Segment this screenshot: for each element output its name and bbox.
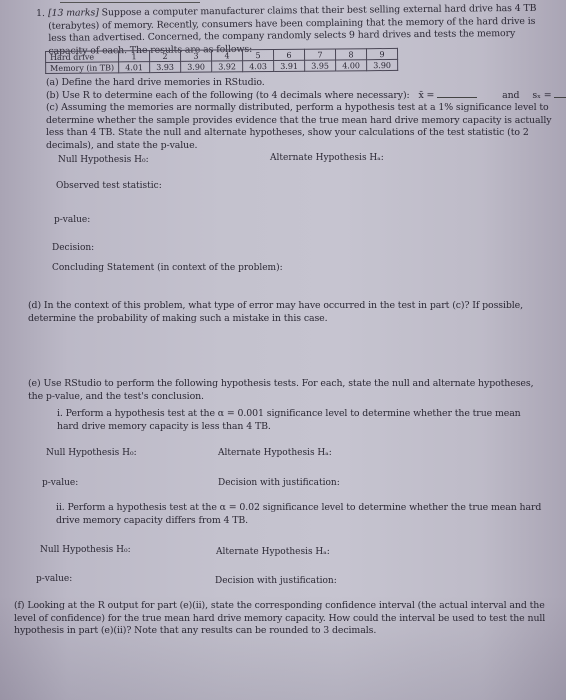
e-i-null-hypothesis-label: Null Hypothesis H₀: <box>46 448 137 459</box>
c-p-value-label: p-value: <box>54 215 90 226</box>
row-label: Hard drive <box>46 51 119 63</box>
e-i-p-value-label: p-value: <box>42 478 78 489</box>
sx-label: sₓ = <box>532 90 551 101</box>
part-e-i: i. Perform a hypothesis test at the α = … <box>57 408 535 433</box>
table-cell: 3.93 <box>150 61 181 72</box>
e-ii-p-value-label: p-value: <box>36 574 72 585</box>
e-ii-decision-label: Decision with justification: <box>215 576 337 587</box>
table-cell: 2 <box>149 50 180 61</box>
table-row-memory: Memory (in TB) 4.01 3.93 3.90 3.92 4.03 … <box>46 59 398 73</box>
table-cell: 8 <box>335 49 366 60</box>
sx-answer-blank[interactable] <box>554 89 566 98</box>
row-label: Memory (in TB) <box>46 62 119 74</box>
part-c: (c) Assuming the memories are normally d… <box>46 102 558 152</box>
worksheet-page: 1. [13 marks] Suppose a computer manufac… <box>0 0 566 700</box>
table-cell: 1 <box>118 51 149 62</box>
and-text: and <box>502 90 519 101</box>
name-field-line <box>60 0 200 3</box>
question-number: 1. <box>36 8 45 21</box>
c-null-hypothesis-label: Null Hypothesis H₀: <box>58 155 149 166</box>
e-i-alternate-hypothesis-label: Alternate Hypothesis Hₐ: <box>218 448 332 459</box>
table-cell: 3.90 <box>367 59 398 70</box>
xbar-answer-blank[interactable] <box>437 89 477 98</box>
memory-data-table: Hard drive 1 2 3 4 5 6 7 8 9 Memory (in … <box>45 48 398 74</box>
c-observed-statistic-label: Observed test statistic: <box>56 181 162 192</box>
e-ii-alternate-hypothesis-label: Alternate Hypothesis Hₐ: <box>216 547 330 558</box>
part-b: (b) Use R to determine each of the follo… <box>46 89 566 103</box>
c-concluding-statement-label: Concluding Statement (in context of the … <box>52 263 283 274</box>
table-cell: 6 <box>273 49 304 60</box>
xbar-label: x̄ = <box>418 90 434 101</box>
part-f: (f) Looking at the R output for part (e)… <box>14 600 559 638</box>
question-marks: [13 marks] <box>48 7 99 19</box>
part-a: (a) Define the hard drive memories in RS… <box>46 77 556 90</box>
table-cell: 3.91 <box>274 60 305 71</box>
e-i-decision-label: Decision with justification: <box>218 478 340 489</box>
table-cell: 4 <box>211 50 242 61</box>
part-e: (e) Use RStudio to perform the following… <box>28 378 538 403</box>
table-cell: 4.00 <box>336 60 367 71</box>
e-ii-null-hypothesis-label: Null Hypothesis H₀: <box>40 545 131 556</box>
part-e-ii: ii. Perform a hypothesis test at the α =… <box>56 502 556 527</box>
table-cell: 3.92 <box>212 61 243 72</box>
c-decision-label: Decision: <box>52 243 94 254</box>
table-cell: 5 <box>242 50 273 61</box>
table-cell: 4.03 <box>243 61 274 72</box>
part-b-text: (b) Use R to determine each of the follo… <box>46 90 410 101</box>
table-cell: 3.95 <box>305 60 336 71</box>
part-d: (d) In the context of this problem, what… <box>28 300 528 325</box>
table-cell: 4.01 <box>119 62 150 73</box>
table-cell: 3 <box>180 50 211 61</box>
table-cell: 7 <box>304 49 335 60</box>
table-cell: 9 <box>366 48 397 59</box>
table-cell: 3.90 <box>181 61 212 72</box>
c-alternate-hypothesis-label: Alternate Hypothesis Hₐ: <box>270 153 384 164</box>
